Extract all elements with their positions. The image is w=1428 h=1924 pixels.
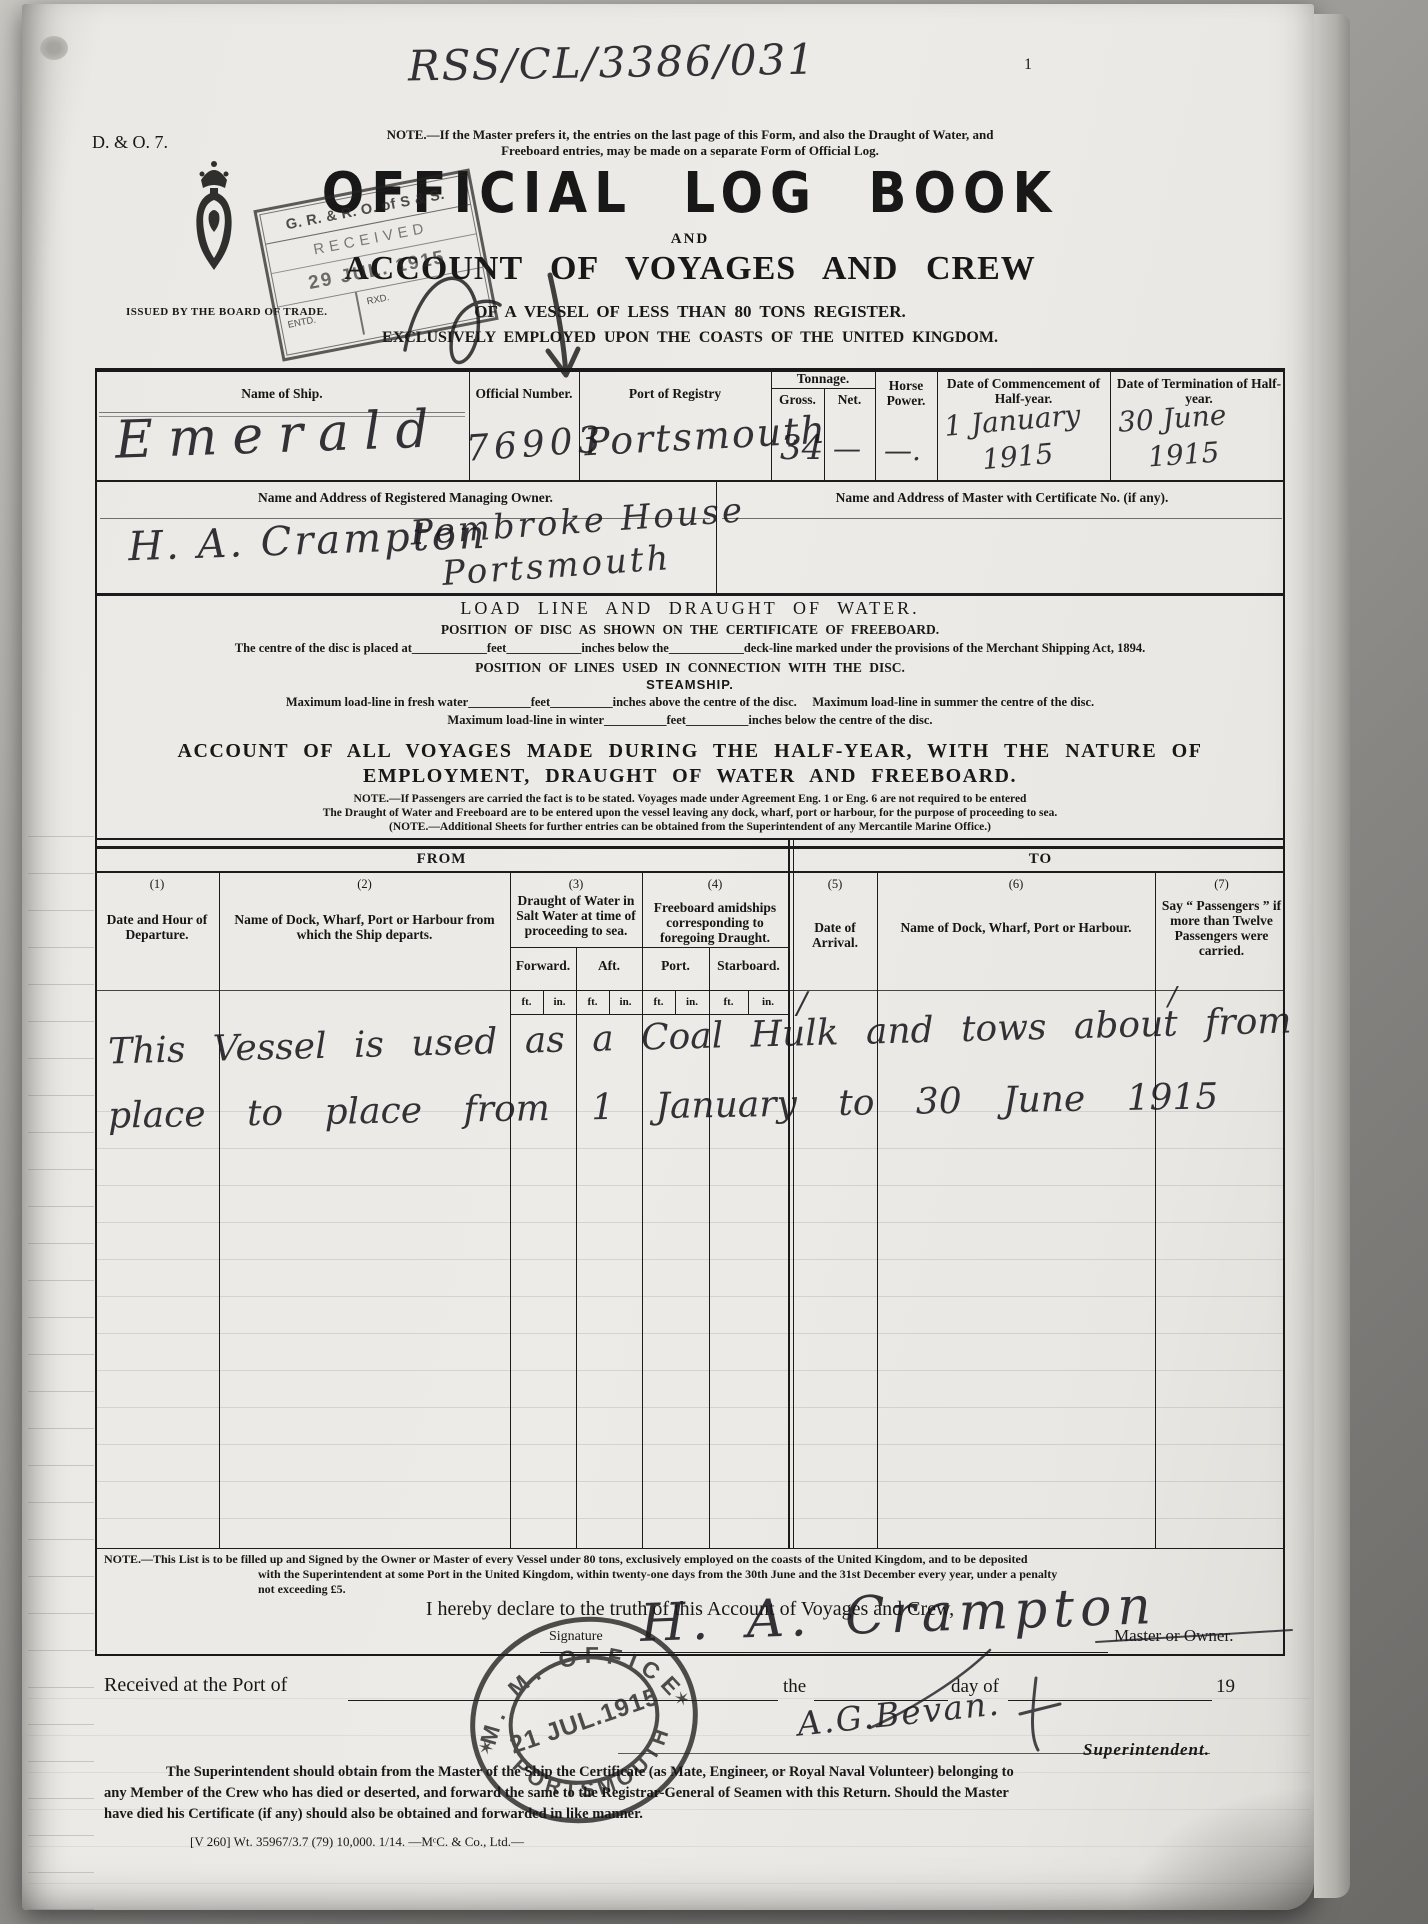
header-tonnage: Tonnage.	[771, 371, 875, 386]
col4-header: Freeboard amidships corresponding to for…	[646, 900, 784, 945]
grid-line	[95, 990, 1285, 991]
received-stamp-rxd: RXD.	[366, 292, 390, 307]
ft-label: ft.	[510, 995, 543, 1010]
fresh-water-line: Maximum load-line in fresh water________…	[286, 695, 797, 709]
grid-line	[771, 388, 875, 389]
grid-line	[722, 518, 1282, 519]
page-number: 1	[1024, 56, 1032, 74]
col2-number: (2)	[219, 878, 510, 891]
header-horse-power: Horse Power.	[875, 378, 937, 408]
archive-reference-handwritten: RSS/CL/3386/031	[408, 34, 817, 90]
pen-strokes	[840, 1580, 1310, 1775]
value-tonnage-gross: 34	[780, 428, 823, 468]
print-code: [V 260] Wt. 35967/3.7 (79) 10,000. 1/14.…	[190, 1834, 524, 1850]
header-note-line2: Freeboard entries, may be made on a sepa…	[95, 143, 1285, 159]
grid-line	[1155, 871, 1156, 1548]
received-at-port-label: Received at the Port of	[104, 1674, 287, 1697]
grid-line	[877, 871, 878, 1548]
summer-line: Maximum load-line in summer the centre o…	[812, 695, 1094, 709]
load-line-title: LOAD LINE AND DRAUGHT OF WATER.	[95, 598, 1285, 619]
account-note-1: NOTE.—If Passengers are carried the fact…	[95, 793, 1285, 805]
starboard-subheader: Starboard.	[709, 958, 788, 973]
received-stamp-cell-divider	[355, 292, 365, 334]
col3-number: (3)	[510, 878, 642, 891]
col1-header: Date and Hour of Departure.	[97, 912, 217, 942]
col6-header: Name of Dock, Wharf, Port or Harbour.	[879, 920, 1153, 935]
received-stamp-entd: ENTD.	[287, 315, 317, 331]
in-label: in.	[748, 995, 788, 1010]
port-subheader: Port.	[642, 958, 709, 973]
col5-header: Date of Arrival.	[795, 920, 875, 950]
account-heading-2: EMPLOYMENT, DRAUGHT OF WATER AND FREEBOA…	[95, 765, 1285, 788]
winter-line: Maximum load-line in winter__________fee…	[95, 713, 1285, 728]
account-note-2: The Draught of Water and Freeboard are t…	[95, 807, 1285, 819]
col7-header: Say “ Passengers ” if more than Twelve P…	[1158, 898, 1285, 958]
header-port-of-registry: Port of Registry	[579, 386, 771, 401]
col4-number: (4)	[642, 878, 788, 891]
col2-header: Name of Dock, Wharf, Port or Harbour fro…	[227, 912, 502, 942]
grid-line	[219, 871, 220, 1548]
header-date-commencement: Date of Commencement of Half-year.	[939, 376, 1108, 406]
page-stack-edge	[1314, 14, 1350, 1898]
col1-number: (1)	[95, 878, 219, 891]
col3-header: Draught of Water in Salt Water at time o…	[514, 893, 638, 938]
header-master-certificate: Name and Address of Master with Certific…	[716, 490, 1288, 505]
col7-number: (7)	[1155, 878, 1288, 891]
col6-number: (6)	[877, 878, 1155, 891]
declaration-note-3: not exceeding £5.	[258, 1582, 346, 1597]
header-tonnage-gross: Gross.	[771, 392, 824, 407]
port-stamp-date: 21 JUL.1915	[506, 1682, 662, 1759]
grid-line	[95, 871, 1285, 873]
steamship-label: STEAMSHIP.	[95, 677, 1285, 692]
forward-subheader: Forward.	[510, 958, 576, 973]
from-band-label: FROM	[95, 851, 788, 868]
to-band-label: TO	[793, 851, 1288, 868]
col5-number: (5)	[793, 878, 877, 891]
in-label: in.	[609, 995, 642, 1010]
grid-line	[95, 480, 1285, 482]
col5-pen-mark: /	[797, 986, 807, 1021]
the-label: the	[783, 1676, 806, 1698]
grid-line	[95, 1548, 1285, 1549]
value-tonnage-net: —	[833, 432, 861, 465]
value-horse-power: —.	[884, 434, 921, 467]
superintendent-paragraph-3: have died his Certificate (if any) shoul…	[104, 1806, 643, 1823]
ft-label: ft.	[576, 995, 609, 1010]
account-heading-1: ACCOUNT OF ALL VOYAGES MADE DURING THE H…	[95, 740, 1285, 763]
col7-pen-mark: /	[1168, 982, 1177, 1012]
value-name-of-ship: Emerald	[114, 399, 445, 470]
in-label: in.	[543, 995, 576, 1010]
grid-line	[510, 947, 788, 948]
value-termination-year: 1915	[1147, 436, 1220, 474]
centre-disc-line: The centre of the disc is placed at_____…	[95, 641, 1285, 656]
superintendent-paragraph-2: any Member of the Crew who has died or d…	[104, 1785, 1009, 1802]
position-lines-line: POSITION OF LINES USED IN CONNECTION WIT…	[95, 660, 1285, 676]
ft-label: ft.	[642, 995, 675, 1010]
position-disc-line: POSITION OF DISC AS SHOWN ON THE CERTIFI…	[95, 622, 1285, 638]
header-tonnage-net: Net.	[824, 392, 875, 407]
binder-mark	[40, 36, 68, 60]
ft-label: ft.	[709, 995, 748, 1010]
account-note-3: (NOTE.—Additional Sheets for further ent…	[95, 821, 1285, 833]
header-note-line1: NOTE.—If the Master prefers it, the entr…	[95, 127, 1285, 143]
coasts-line: EXCLUSIVELY EMPLOYED UPON THE COASTS OF …	[95, 329, 1285, 347]
header-official-number: Official Number.	[469, 386, 579, 401]
grid-line	[95, 593, 1285, 596]
superintendent-paragraph-1: The Superintendent should obtain from th…	[166, 1764, 1014, 1781]
grid-line	[788, 838, 790, 1548]
header-name-of-ship: Name of Ship.	[95, 386, 469, 401]
fresh-summer-line: Maximum load-line in fresh water________…	[95, 695, 1285, 710]
grid-line	[95, 846, 1285, 849]
value-commencement-year: 1915	[981, 437, 1055, 476]
in-label: in.	[675, 995, 709, 1010]
declaration-note-1: NOTE.—This List is to be filled up and S…	[104, 1552, 1284, 1567]
scanned-log-book-page: RSS/CL/3386/031 1 D. & O. 7. NOTE.—If th…	[0, 0, 1428, 1924]
grid-line	[95, 838, 1285, 840]
aft-subheader: Aft.	[576, 958, 642, 973]
